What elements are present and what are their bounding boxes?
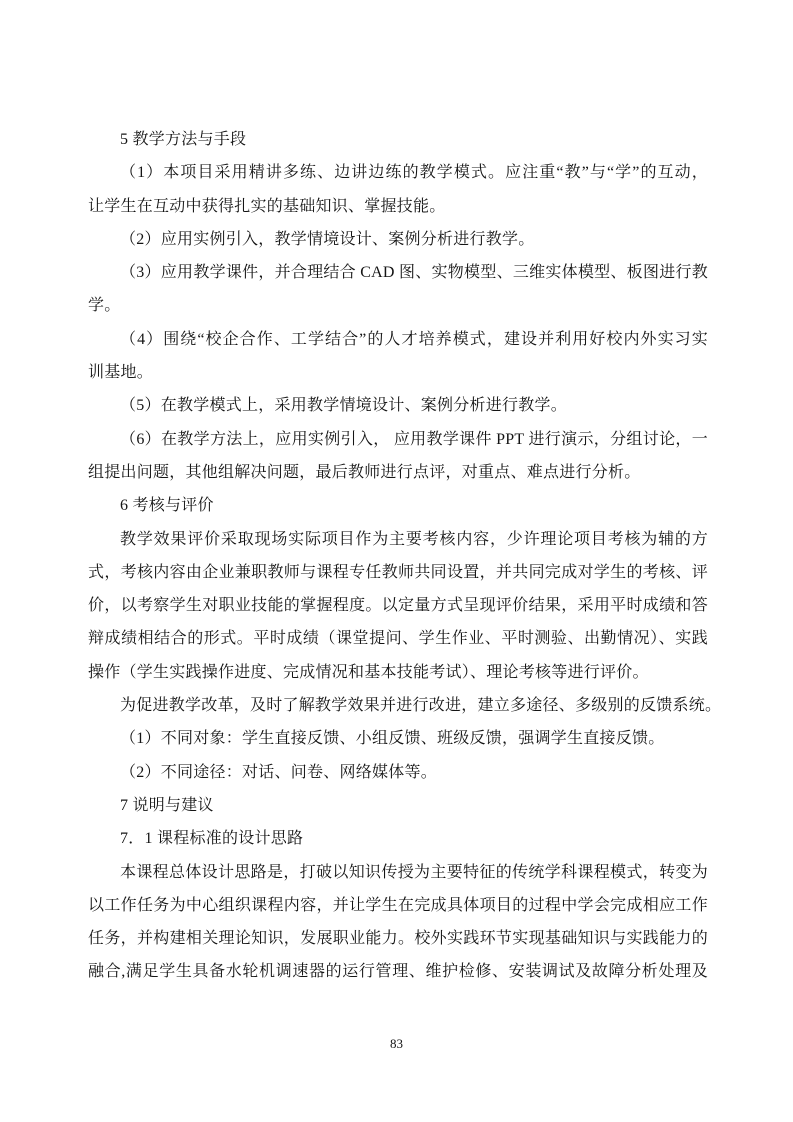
document-page: 5 教学方法与手段 （1）本项目采用精讲多练、边讲边练的教学模式。应注重“教”与… (0, 0, 793, 1122)
paragraph-line: （6）在教学方法上，应用实例引入， 应用教学课件 PPT 进行演示，分组讨论，一 (88, 423, 708, 456)
paragraph-line: （5）在教学模式上，采用教学情境设计、案例分析进行教学。 (88, 389, 708, 422)
page-number: 83 (0, 1036, 793, 1052)
paragraph-line: 让学生在互动中获得扎实的基础知识、掌握技能。 (88, 190, 708, 223)
paragraph-line: （4）围绕“校企合作、工学结合”的人才培养模式，建设并利用好校内外实习实 (88, 323, 708, 356)
paragraph-line: 以工作任务为中心组织课程内容，并让学生在完成具体项目的过程中学会完成相应工作 (88, 889, 708, 922)
heading-section-6: 6 考核与评价 (88, 489, 708, 522)
heading-section-5: 5 教学方法与手段 (88, 123, 708, 156)
heading-section-7-1: 7．1 课程标准的设计思路 (88, 822, 708, 855)
heading-section-7: 7 说明与建议 (88, 789, 708, 822)
paragraph-line: （1）本项目采用精讲多练、边讲边练的教学模式。应注重“教”与“学”的互动， (88, 156, 708, 189)
paragraph-line: （3）应用教学课件，并合理结合 CAD 图、实物模型、三维实体模型、板图进行教 (88, 256, 708, 289)
document-body: 5 教学方法与手段 （1）本项目采用精讲多练、边讲边练的教学模式。应注重“教”与… (88, 123, 708, 989)
paragraph-line: （1）不同对象：学生直接反馈、小组反馈、班级反馈，强调学生直接反馈。 (88, 722, 708, 755)
paragraph-line: （2）不同途径：对话、问卷、网络媒体等。 (88, 756, 708, 789)
paragraph-line: 价，以考察学生对职业技能的掌握程度。以定量方式呈现评价结果，采用平时成绩和答 (88, 589, 708, 622)
paragraph-line: 教学效果评价采取现场实际项目作为主要考核内容，少许理论项目考核为辅的方 (88, 523, 708, 556)
paragraph-line: 组提出问题，其他组解决问题，最后教师进行点评，对重点、难点进行分析。 (88, 456, 708, 489)
paragraph-line: 本课程总体设计思路是，打破以知识传授为主要特征的传统学科课程模式，转变为 (88, 856, 708, 889)
paragraph-line: 操作（学生实践操作进度、完成情况和基本技能考试）、理论考核等进行评价。 (88, 656, 708, 689)
paragraph-line: 为促进教学改革，及时了解教学效果并进行改进，建立多途径、多级别的反馈系统。 (88, 689, 708, 722)
paragraph-line: 训基地。 (88, 356, 708, 389)
paragraph-line: 辩成绩相结合的形式。平时成绩（课堂提问、学生作业、平时测验、出勤情况）、实践 (88, 622, 708, 655)
paragraph-line: 任务，并构建相关理论知识，发展职业能力。校外实践环节实现基础知识与实践能力的 (88, 922, 708, 955)
paragraph-line: 式，考核内容由企业兼职教师与课程专任教师共同设置，并共同完成对学生的考核、评 (88, 556, 708, 589)
paragraph-line: 学。 (88, 289, 708, 322)
paragraph-line: 融合,满足学生具备水轮机调速器的运行管理、维护检修、安装调试及故障分析处理及 (88, 955, 708, 988)
paragraph-line: （2）应用实例引入，教学情境设计、案例分析进行教学。 (88, 223, 708, 256)
